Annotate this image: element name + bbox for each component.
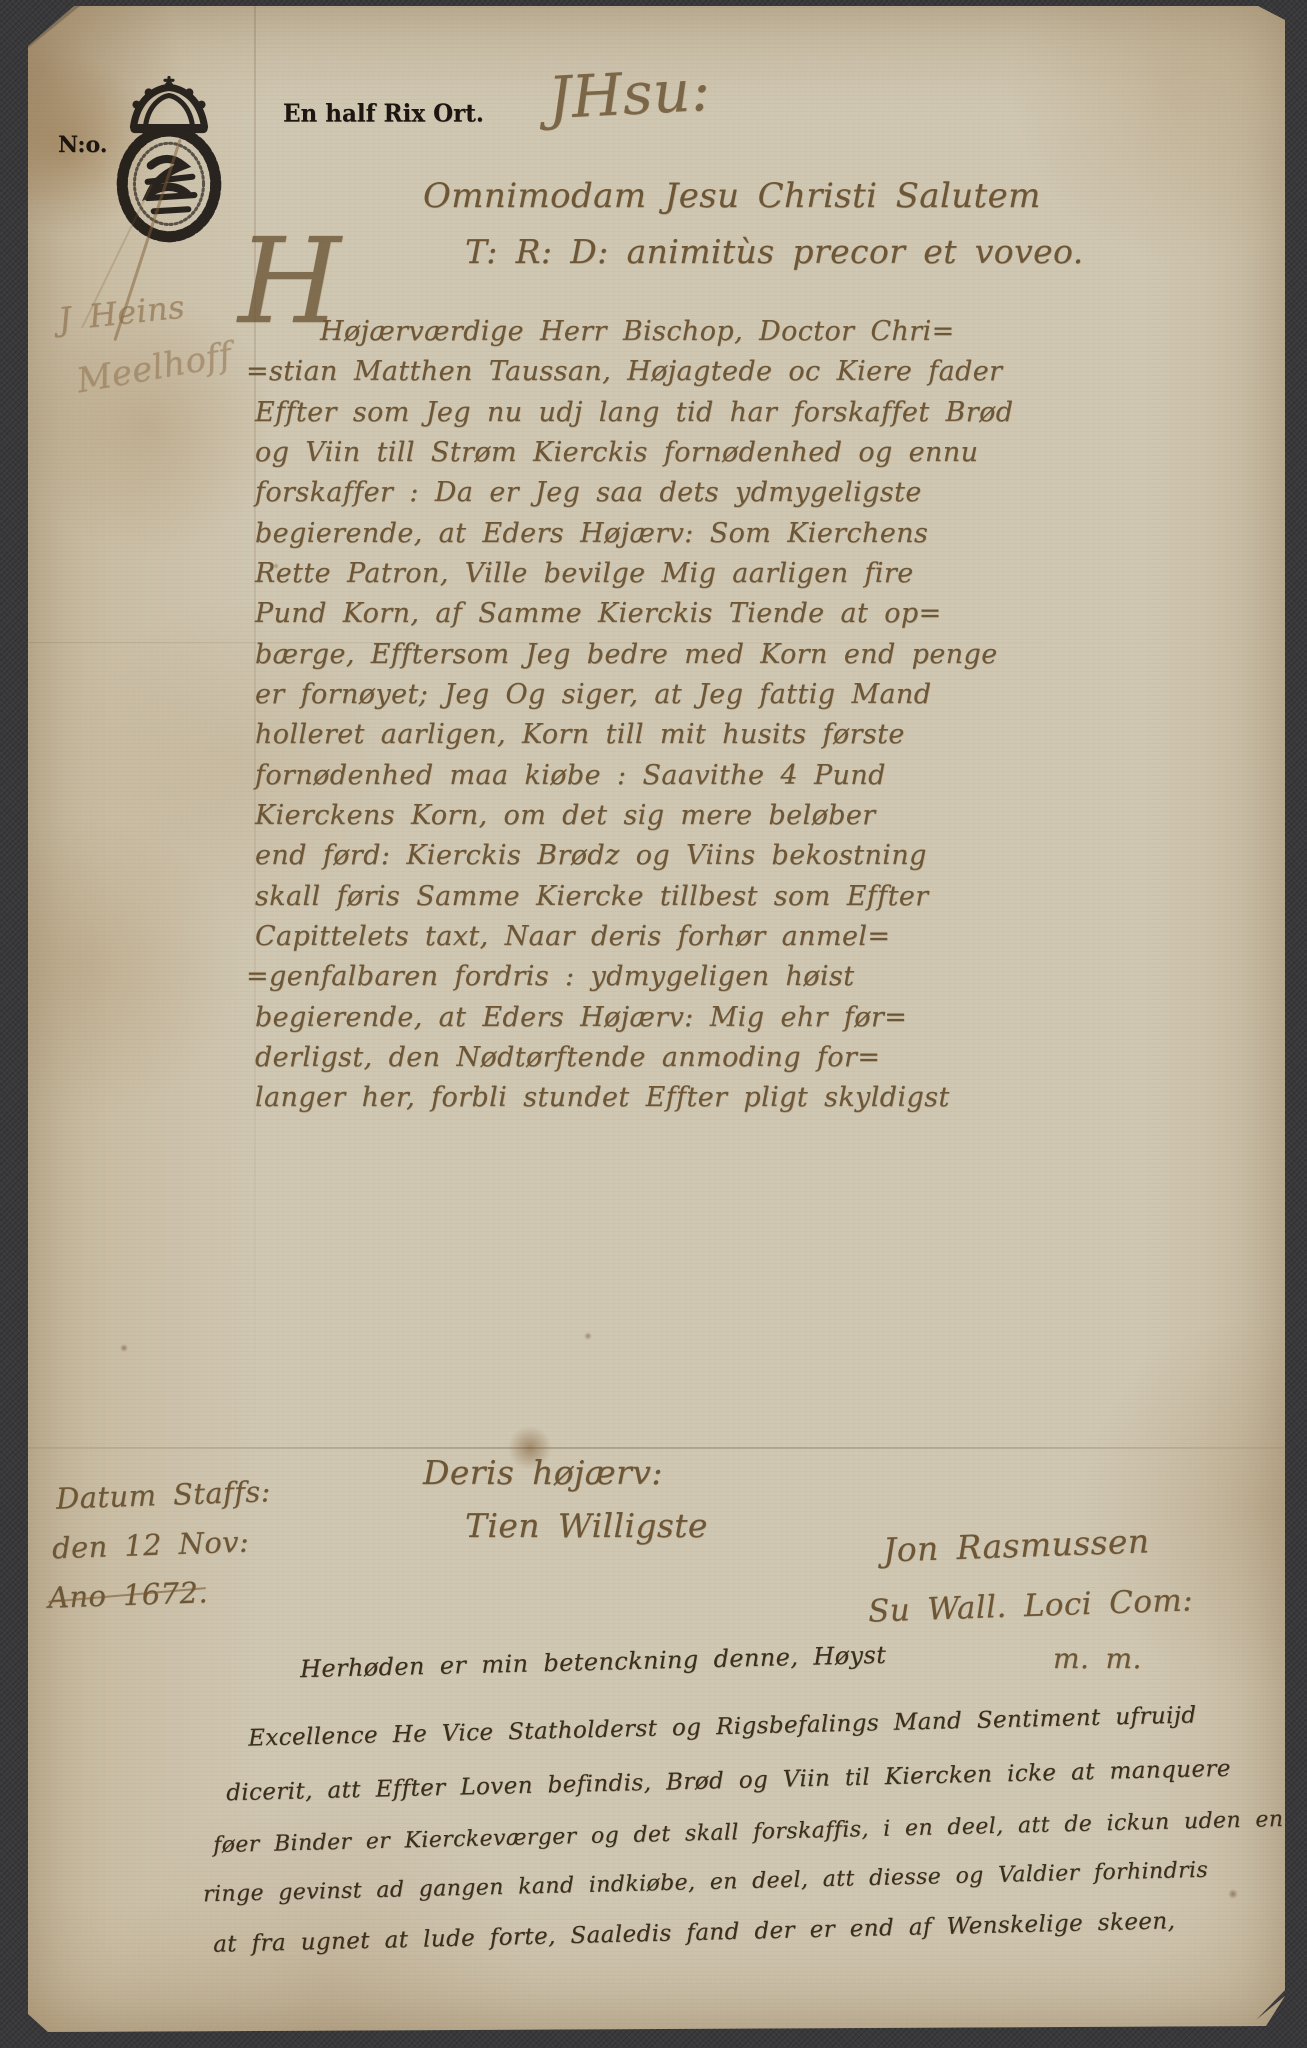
body-line: forskaffer : Da er Jeg saa dets ydmygeli… bbox=[255, 473, 922, 513]
revenue-stamp-seal-icon bbox=[103, 76, 235, 244]
body-line: Kierckens Korn, om det sig mere beløber bbox=[255, 796, 876, 836]
body-line: begierende, at Eders Højærv: Som Kierche… bbox=[255, 514, 928, 554]
signature-name: Jon Rasmussen bbox=[882, 1521, 1150, 1569]
body-line: Højærværdige Herr Bischop, Doctor Chri= bbox=[320, 312, 955, 352]
page-background: N:o. En half Rix Ort. bbox=[0, 0, 1307, 2048]
body-line: =genfalbaren fordris : ydmygeligen høist bbox=[246, 957, 854, 997]
body-line: derligst, den Nødtørftende anmoding for= bbox=[255, 1038, 880, 1078]
body-line: Effter som Jeg nu udj lang tid har forsk… bbox=[255, 393, 1013, 433]
body-line: og Viin till Strøm Kierckis fornødenhed … bbox=[255, 433, 978, 473]
stamp-fee-label: En half Rix Ort. bbox=[283, 99, 484, 128]
body-line: =stian Matthen Taussan, Højagtede oc Kie… bbox=[246, 352, 1002, 392]
valediction-line: Tien Willigste bbox=[465, 1506, 708, 1545]
body-line: Capittelets taxt, Naar deris forhør anme… bbox=[255, 917, 890, 957]
margin-signature: J Heins bbox=[56, 287, 186, 338]
invocation: JHsu: bbox=[546, 56, 712, 132]
stamp-number-label: N:o. bbox=[58, 132, 107, 158]
postscript-line: at fra ugnet at lude forte, Saaledis fan… bbox=[213, 1908, 1176, 1958]
postscript-line: Excellence He Vice Statholderst og Rigsb… bbox=[248, 1702, 1197, 1751]
margin-signature: Meelhoff bbox=[74, 335, 235, 402]
body-line: Rette Patron, Ville bevilge Mig aarligen… bbox=[255, 554, 914, 594]
postscript-line: dicerit, att Effter Loven befindis, Brød… bbox=[226, 1756, 1231, 1807]
body-line: er fornøyet; Jeg Og siger, at Jeg fattig… bbox=[255, 675, 931, 715]
postscript-line: ringe gevinst ad gangen kand indkiøbe, e… bbox=[203, 1858, 1209, 1908]
dateline-place: Datum Staffs: bbox=[55, 1474, 271, 1515]
body-line: begierende, at Eders Højærv: Mig ehr før… bbox=[255, 998, 907, 1038]
signature-manu-propria: m. m. bbox=[1053, 1642, 1142, 1675]
postscript-line: føer Binder er Kierckeværger og det skal… bbox=[213, 1807, 1284, 1858]
salutation-line: T: R: D: animitùs precor et voveo. bbox=[465, 232, 1084, 271]
signature-title: Su Wall. Loci Com: bbox=[867, 1582, 1193, 1629]
document-paper: N:o. En half Rix Ort. bbox=[28, 6, 1285, 2032]
dateline-day: den 12 Nov: bbox=[51, 1525, 249, 1566]
valediction-line: Deris højærv: bbox=[423, 1453, 663, 1492]
postscript-line: Herhøden er min betenckning denne, Høyst bbox=[300, 1641, 887, 1683]
horizontal-crease bbox=[28, 1447, 1285, 1449]
body-line: fornødenhed maa kiøbe : Saavithe 4 Pund bbox=[255, 756, 886, 796]
body-line: holleret aarligen, Korn till mit husits … bbox=[255, 715, 905, 755]
body-line: end førd: Kierckis Brødz og Viins bekost… bbox=[255, 836, 927, 876]
body-line: langer her, forbli stundet Effter pligt … bbox=[255, 1078, 950, 1118]
body-line: Pund Korn, af Samme Kierckis Tiende at o… bbox=[255, 594, 942, 634]
body-line: skall føris Samme Kiercke tillbest som E… bbox=[255, 877, 929, 917]
salutation-line: Omnimodam Jesu Christi Salutem bbox=[423, 176, 1041, 216]
corner-fold bbox=[28, 6, 80, 48]
body-line: bærge, Efftersom Jeg bedre med Korn end … bbox=[255, 635, 998, 675]
